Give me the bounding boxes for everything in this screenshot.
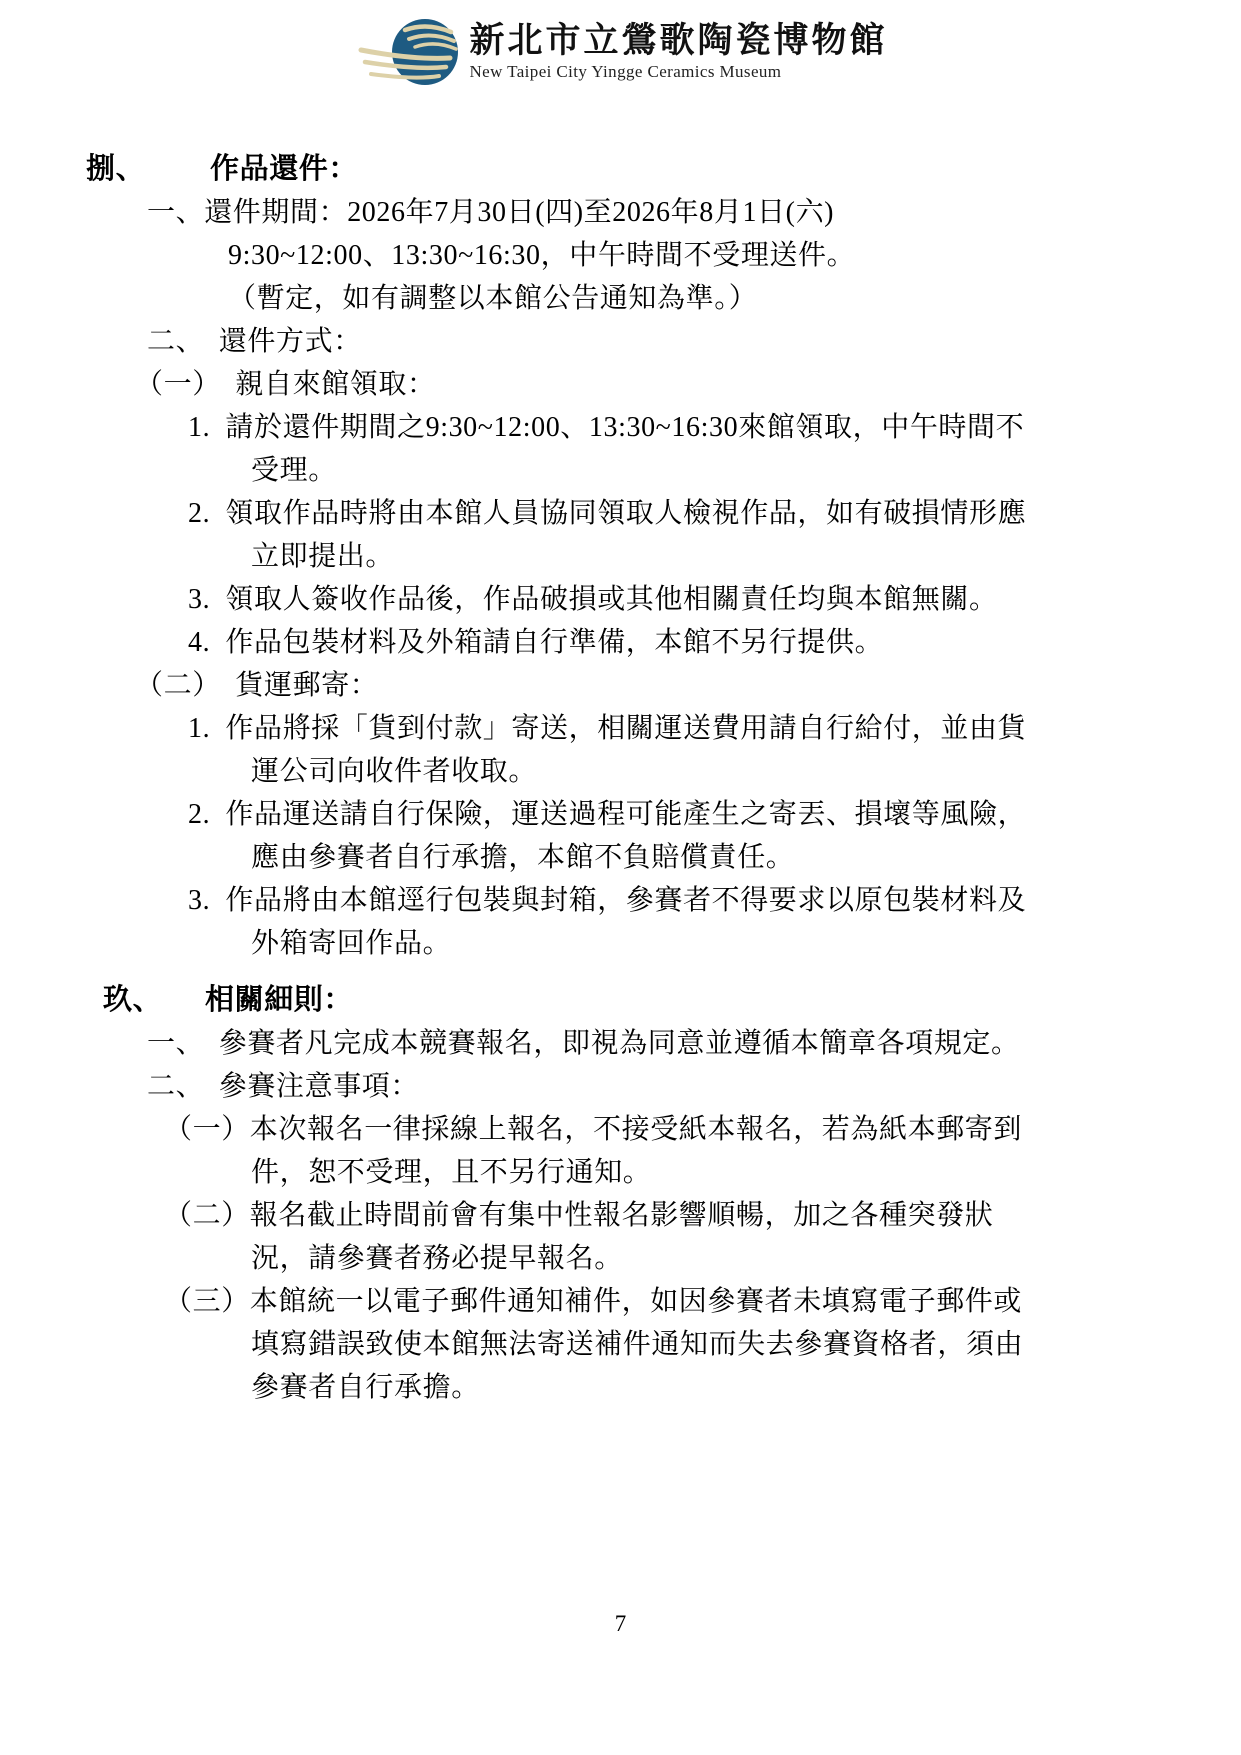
doc-line: 4. 作品包裝材料及外箱請自行準備，本館不另行提供。 (188, 621, 1241, 664)
document-page: 新北市立鶯歌陶瓷博物館 New Taipei City Yingge Ceram… (0, 0, 1241, 1755)
doc-line: 一、 參賽者凡完成本競賽報名，即視為同意並遵循本簡章各項規定。 (147, 1022, 1241, 1065)
section-heading: 玖、相關細則： (103, 979, 1241, 1022)
header-titles: 新北市立鶯歌陶瓷博物館 New Taipei City Yingge Ceram… (469, 22, 887, 81)
doc-line: 況，請參賽者務必提早報名。 (251, 1237, 1241, 1280)
doc-line: 2. 作品運送請自行保險，運送過程可能產生之寄丟、損壞等風險， (188, 793, 1241, 836)
doc-line: 外箱寄回作品。 (251, 922, 1241, 965)
section: 捌、作品還件：一、還件期間：2026年7月30日(四)至2026年8月1日(六)… (0, 148, 1241, 965)
doc-line: 應由參賽者自行承擔，本館不負賠償責任。 (251, 836, 1241, 879)
doc-line: （一）本次報名一律採線上報名，不接受紙本報名，若為紙本郵寄到 (164, 1108, 1241, 1151)
doc-line: 2. 領取作品時將由本館人員協同領取人檢視作品，如有破損情形應 (188, 492, 1241, 535)
doc-line: 二、 還件方式： (147, 320, 1241, 363)
doc-line: 運公司向收件者收取。 (251, 750, 1241, 793)
museum-title-zh: 新北市立鶯歌陶瓷博物館 (469, 22, 887, 61)
doc-line: 立即提出。 (251, 535, 1241, 578)
doc-line: （二）報名截止時間前會有集中性報名影響順暢，加之各種突發狀 (164, 1194, 1241, 1237)
section-heading: 捌、作品還件： (86, 148, 1241, 191)
doc-line: 1. 作品將採「貨到付款」寄送，相關運送費用請自行給付，並由貨 (188, 707, 1241, 750)
doc-line: 一、還件期間：2026年7月30日(四)至2026年8月1日(六) (147, 191, 1241, 234)
doc-line: 二、 參賽注意事項： (147, 1065, 1241, 1108)
section-title: 相關細則： (205, 984, 353, 1016)
doc-line: 3. 作品將由本館逕行包裝與封箱，參賽者不得要求以原包裝材料及 (188, 879, 1241, 922)
page-number: 7 (615, 1611, 627, 1636)
doc-line: （一） 親自來館領取： (135, 363, 1241, 406)
header: 新北市立鶯歌陶瓷博物館 New Taipei City Yingge Ceram… (0, 12, 1241, 92)
section-number: 捌、 (86, 148, 210, 191)
section-number: 玖、 (103, 979, 205, 1022)
doc-line: 參賽者自行承擔。 (251, 1366, 1241, 1409)
doc-line: 填寫錯誤致使本館無法寄送補件通知而失去參賽資格者，須由 (251, 1323, 1241, 1366)
doc-line: （三）本館統一以電子郵件通知補件，如因參賽者未填寫電子郵件或 (164, 1280, 1241, 1323)
doc-line: 1. 請於還件期間之9:30~12:00、13:30~16:30來館領取，中午時… (188, 406, 1241, 449)
museum-logo-icon (353, 14, 463, 90)
page-footer: 7 (0, 1611, 1241, 1637)
doc-line: 件，恕不受理，且不另行通知。 (251, 1151, 1241, 1194)
doc-line: （暫定，如有調整以本館公告通知為準。） (228, 277, 1241, 320)
doc-line: 受理。 (251, 449, 1241, 492)
doc-line: 9:30~12:00、13:30~16:30，中午時間不受理送件。 (228, 234, 1241, 277)
section-title: 作品還件： (210, 153, 358, 185)
museum-title-en: New Taipei City Yingge Ceramics Museum (469, 63, 887, 82)
doc-line: 3. 領取人簽收作品後，作品破損或其他相關責任均與本館無關。 (188, 578, 1241, 621)
doc-line: （二） 貨運郵寄： (135, 664, 1241, 707)
document-body: 捌、作品還件：一、還件期間：2026年7月30日(四)至2026年8月1日(六)… (0, 148, 1241, 1409)
section: 玖、相關細則：一、 參賽者凡完成本競賽報名，即視為同意並遵循本簡章各項規定。二、… (0, 979, 1241, 1409)
